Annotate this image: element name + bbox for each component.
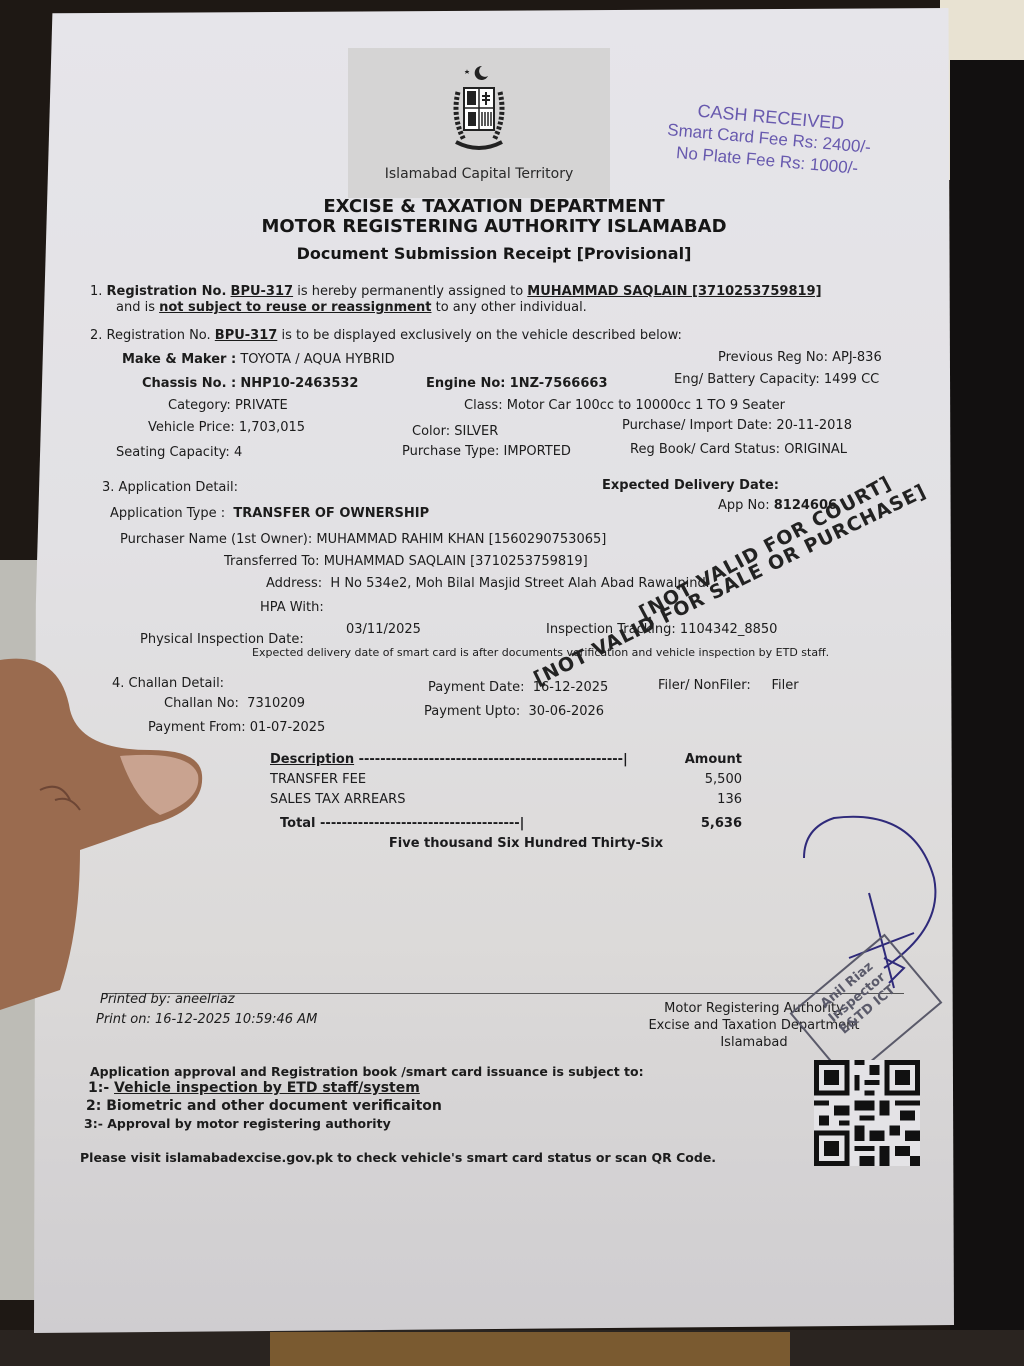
transferred-label: Transferred To:: [224, 554, 320, 569]
section2-intro: 2. Registration No. BPU-317 is to be dis…: [90, 328, 682, 343]
category-label: Category:: [168, 398, 231, 413]
fee-table: Description ----------------------------…: [270, 752, 742, 856]
app-type-field: Application Type : TRANSFER OF OWNERSHIP: [110, 506, 429, 521]
make-field: Make & Maker : TOYOTA / AQUA HYBRID: [122, 352, 395, 367]
transferred-value: MUHAMMAD SAQLAIN [3710253759819]: [324, 554, 588, 569]
dept-title: EXCISE & TAXATION DEPARTMENT: [34, 196, 954, 217]
color-value: SILVER: [454, 424, 498, 439]
capacity-field: Eng/ Battery Capacity: 1499 CC: [674, 372, 879, 387]
payment-date-value: 16-12-2025: [533, 680, 609, 695]
fee-total-value: 5,636: [701, 816, 742, 831]
category-value: PRIVATE: [235, 398, 288, 413]
category-field: Category: PRIVATE: [168, 398, 288, 413]
section3-title: 3. Application Detail:: [102, 480, 238, 495]
section1-line2: and is not subject to reuse or reassignm…: [116, 300, 587, 315]
regbook-field: Reg Book/ Card Status: ORIGINAL: [630, 442, 847, 457]
hpa-field: HPA With:: [260, 600, 324, 615]
fee-total-words: Five thousand Six Hundred Thirty-Six: [270, 836, 742, 856]
expected-delivery-label: Expected Delivery Date:: [602, 478, 779, 493]
section1-text-c: to any other individual.: [431, 300, 586, 315]
filer-label: Filer/ NonFiler:: [658, 678, 751, 693]
capacity-value: 1499 CC: [824, 372, 879, 387]
seating-value: 4: [234, 445, 242, 460]
class-label: Class:: [464, 398, 503, 413]
class-field: Class: Motor Car 100cc to 10000cc 1 TO 9…: [464, 398, 785, 413]
section2-number: 2.: [90, 328, 102, 343]
address-field: Address: H No 534e2, Moh Bilal Masjid St…: [266, 576, 709, 591]
address-value: H No 534e2, Moh Bilal Masjid Street Alah…: [330, 576, 709, 591]
chassis-field: Chassis No. : NHP10-2463532: [142, 376, 358, 391]
section1-reg-no: BPU-317: [231, 284, 294, 299]
payment-upto-field: Payment Upto: 30-06-2026: [424, 704, 604, 719]
payment-date-field: Payment Date: 16-12-2025: [428, 680, 608, 695]
purchase-date-field: Purchase/ Import Date: 20-11-2018: [622, 418, 852, 433]
seating-label: Seating Capacity:: [116, 445, 230, 460]
condition-text: Vehicle inspection by ETD staff/system: [114, 1080, 420, 1096]
capacity-label: Eng/ Battery Capacity:: [674, 372, 820, 387]
qr-code-icon[interactable]: [814, 1054, 920, 1172]
make-value: TOYOTA / AQUA HYBRID: [240, 352, 394, 367]
fee-description: SALES TAX ARREARS: [270, 792, 405, 807]
regbook-label: Reg Book/ Card Status:: [630, 442, 780, 457]
class-value: Motor Car 100cc to 10000cc 1 TO 9 Seater: [507, 398, 785, 413]
fee-table-header: Description ----------------------------…: [270, 752, 742, 772]
app-type-value: TRANSFER OF OWNERSHIP: [233, 506, 429, 521]
address-label: Address:: [266, 576, 322, 591]
condition-text: Biometric and other document verificaito…: [106, 1098, 442, 1114]
chassis-label: Chassis No. :: [142, 376, 236, 391]
print-on: Print on: 16-12-2025 10:59:46 AM: [96, 1012, 317, 1027]
price-label: Vehicle Price:: [148, 420, 235, 435]
purchase-type-field: Purchase Type: IMPORTED: [402, 444, 571, 459]
section1-owner: MUHAMMAD SAQLAIN [3710253759819]: [527, 284, 821, 299]
doc-title: Document Submission Receipt [Provisional…: [34, 244, 954, 263]
fee-total-row: Total ----------------------------------…: [270, 816, 742, 836]
fee-total-label: Total ----------------------------------…: [280, 816, 524, 831]
engine-value: 1NZ-7566663: [510, 376, 608, 391]
chassis-value: NHP10-2463532: [240, 376, 358, 391]
fee-description: TRANSFER FEE: [270, 772, 366, 787]
section1-text-b: and is: [116, 300, 159, 315]
inspection-date-value: 03/11/2025: [346, 622, 421, 637]
section2-reg-no: BPU-317: [215, 328, 278, 343]
condition-prefix: 2:: [86, 1098, 106, 1114]
prev-reg-value: APJ-836: [832, 350, 882, 365]
description-header: Description: [270, 752, 354, 767]
total-dashes: -------------------------------------|: [316, 816, 525, 831]
purchase-type-value: IMPORTED: [504, 444, 571, 459]
purchase-type-label: Purchase Type:: [402, 444, 499, 459]
prev-reg-label: Previous Reg No:: [718, 350, 828, 365]
thumb-image: [0, 650, 210, 1010]
fee-header-description: Description ----------------------------…: [270, 752, 628, 767]
fee-amount: 136: [717, 792, 742, 807]
payment-upto-value: 30-06-2026: [529, 704, 605, 719]
section1-emphasis: not subject to reuse or reassignment: [159, 300, 431, 315]
section3-number: 3.: [102, 480, 114, 495]
price-field: Vehicle Price: 1,703,015: [148, 420, 305, 435]
condition-text: Approval by motor registering authority: [107, 1116, 390, 1131]
amount-header: Amount: [685, 752, 742, 767]
background-dark-cloth: [950, 60, 1024, 1366]
section2-text: is to be displayed exclusively on the ve…: [277, 328, 682, 343]
expected-delivery-field: Expected Delivery Date:: [602, 478, 779, 493]
filer-value: Filer: [771, 678, 798, 693]
section2-label: Registration No.: [107, 328, 211, 343]
fee-amount: 5,500: [705, 772, 742, 787]
logo-block: Islamabad Capital Territory: [348, 48, 610, 198]
purchaser-field: Purchaser Name (1st Owner): MUHAMMAD RAH…: [120, 532, 606, 547]
inspection-tracking-value: 1104342_8850: [680, 622, 777, 637]
fee-row: SALES TAX ARREARS 136: [270, 792, 742, 812]
color-label: Color:: [412, 424, 450, 439]
regbook-value: ORIGINAL: [784, 442, 847, 457]
condition-item: 3:- Approval by motor registering author…: [84, 1116, 391, 1131]
color-field: Color: SILVER: [412, 424, 498, 439]
state-emblem-icon: [444, 62, 514, 162]
cash-received-stamp: CASH RECEIVED Smart Card Fee Rs: 2400/- …: [657, 97, 882, 182]
logo-caption: Islamabad Capital Territory: [348, 166, 610, 182]
app-type-label: Application Type :: [110, 506, 225, 521]
condition-prefix: 3:-: [84, 1116, 107, 1131]
condition-prefix: 1:-: [88, 1080, 114, 1096]
hpa-label: HPA With:: [260, 600, 324, 615]
section1-number: 1.: [90, 284, 102, 299]
fee-row: TRANSFER FEE 5,500: [270, 772, 742, 792]
section1-text-a: is hereby permanently assigned to: [293, 284, 527, 299]
make-label: Make & Maker :: [122, 352, 236, 367]
seating-field: Seating Capacity: 4: [116, 445, 242, 460]
app-no-label: App No:: [718, 498, 770, 513]
payment-from-value: 01-07-2025: [250, 720, 326, 735]
background-bag: [270, 1332, 790, 1366]
purchase-date-value: 20-11-2018: [776, 418, 852, 433]
inspection-date-label: Physical Inspection Date:: [140, 632, 304, 647]
condition-item: 1:- Vehicle inspection by ETD staff/syst…: [88, 1080, 420, 1096]
section3-title-text: Application Detail:: [119, 480, 238, 495]
total-label: Total: [280, 816, 316, 831]
purchaser-value: MUHAMMAD RAHIM KHAN [1560290753065]: [316, 532, 606, 547]
section1-label: Registration No.: [107, 284, 227, 299]
visit-note: Please visit islamabadexcise.gov.pk to c…: [80, 1150, 716, 1165]
challan-no-value: 7310209: [247, 696, 305, 711]
section1-line1: 1. Registration No. BPU-317 is hereby pe…: [90, 284, 822, 299]
description-dashes: ----------------------------------------…: [354, 752, 628, 767]
price-value: 1,703,015: [239, 420, 305, 435]
transferred-field: Transferred To: MUHAMMAD SAQLAIN [371025…: [224, 554, 588, 569]
payment-upto-label: Payment Upto:: [424, 704, 520, 719]
conditions-title: Application approval and Registration bo…: [90, 1064, 644, 1079]
purchase-date-label: Purchase/ Import Date:: [622, 418, 772, 433]
prev-reg-field: Previous Reg No: APJ-836: [718, 350, 882, 365]
engine-label: Engine No:: [426, 376, 506, 391]
condition-item: 2: Biometric and other document verifica…: [86, 1098, 442, 1114]
purchaser-label: Purchaser Name (1st Owner):: [120, 532, 312, 547]
filer-field: Filer/ NonFiler: Filer: [658, 678, 799, 693]
authority-title: MOTOR REGISTERING AUTHORITY ISLAMABAD: [34, 216, 954, 237]
payment-date-label: Payment Date:: [428, 680, 525, 695]
delivery-note: Expected delivery date of smart card is …: [252, 646, 829, 659]
engine-field: Engine No: 1NZ-7566663: [426, 376, 608, 391]
